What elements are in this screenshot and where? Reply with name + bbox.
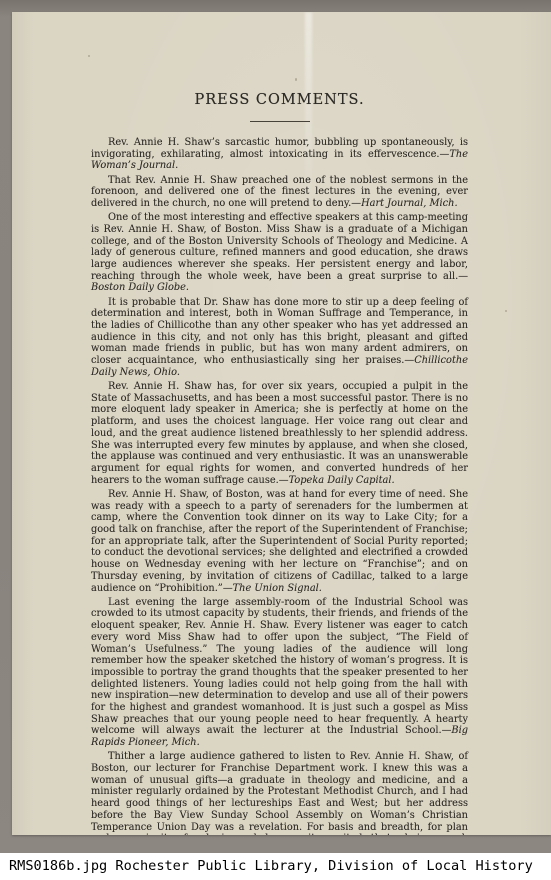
caption-text: RMS0186b.jpg Rochester Public Library, D… xyxy=(9,858,533,874)
attribution-source: Boston Daily Globe. xyxy=(91,282,189,293)
attribution-source: Big Rapids Pioneer, Mich. xyxy=(91,725,468,748)
paper-speck xyxy=(505,310,507,312)
press-comments-body: Rev. Annie H. Shaw’s sarcastic humor, bu… xyxy=(91,137,468,835)
press-comment-paragraph: It is probable that Dr. Shaw has done mo… xyxy=(91,297,468,379)
title-divider xyxy=(250,121,310,122)
press-comment-paragraph: Rev. Annie H. Shaw, of Boston, was at ha… xyxy=(91,489,468,594)
page-title: PRESS COMMENTS. xyxy=(91,92,468,108)
caption-bar: RMS0186b.jpg Rochester Public Library, D… xyxy=(0,853,551,880)
paper-speck xyxy=(295,78,297,81)
attribution-source: Topeka Daily Capital. xyxy=(289,475,395,486)
attribution-source: The Union Signal. xyxy=(233,583,322,594)
document-page: PRESS COMMENTS. Rev. Annie H. Shaw’s sar… xyxy=(12,12,551,835)
press-comment-paragraph: Rev. Annie H. Shaw’s sarcastic humor, bu… xyxy=(91,137,468,172)
press-comment-paragraph: Rev. Annie H. Shaw has, for over six yea… xyxy=(91,381,468,486)
scanned-photo-area: PRESS COMMENTS. Rev. Annie H. Shaw’s sar… xyxy=(0,0,551,853)
page-content: PRESS COMMENTS. Rev. Annie H. Shaw’s sar… xyxy=(91,92,468,835)
press-comment-paragraph: That Rev. Annie H. Shaw preached one of … xyxy=(91,175,468,210)
attribution-source: Chillicothe Daily News, Ohio. xyxy=(91,355,468,378)
attribution-source: The Woman’s Journal. xyxy=(91,149,468,172)
press-comment-paragraph: Thither a large audience gathered to lis… xyxy=(91,751,468,835)
press-comment-paragraph: Last evening the large assembly-room of … xyxy=(91,597,468,749)
paper-speck xyxy=(88,55,90,57)
press-comment-paragraph: One of the most interesting and effectiv… xyxy=(91,212,468,294)
attribution-source: Hart Journal, Mich. xyxy=(361,198,458,209)
